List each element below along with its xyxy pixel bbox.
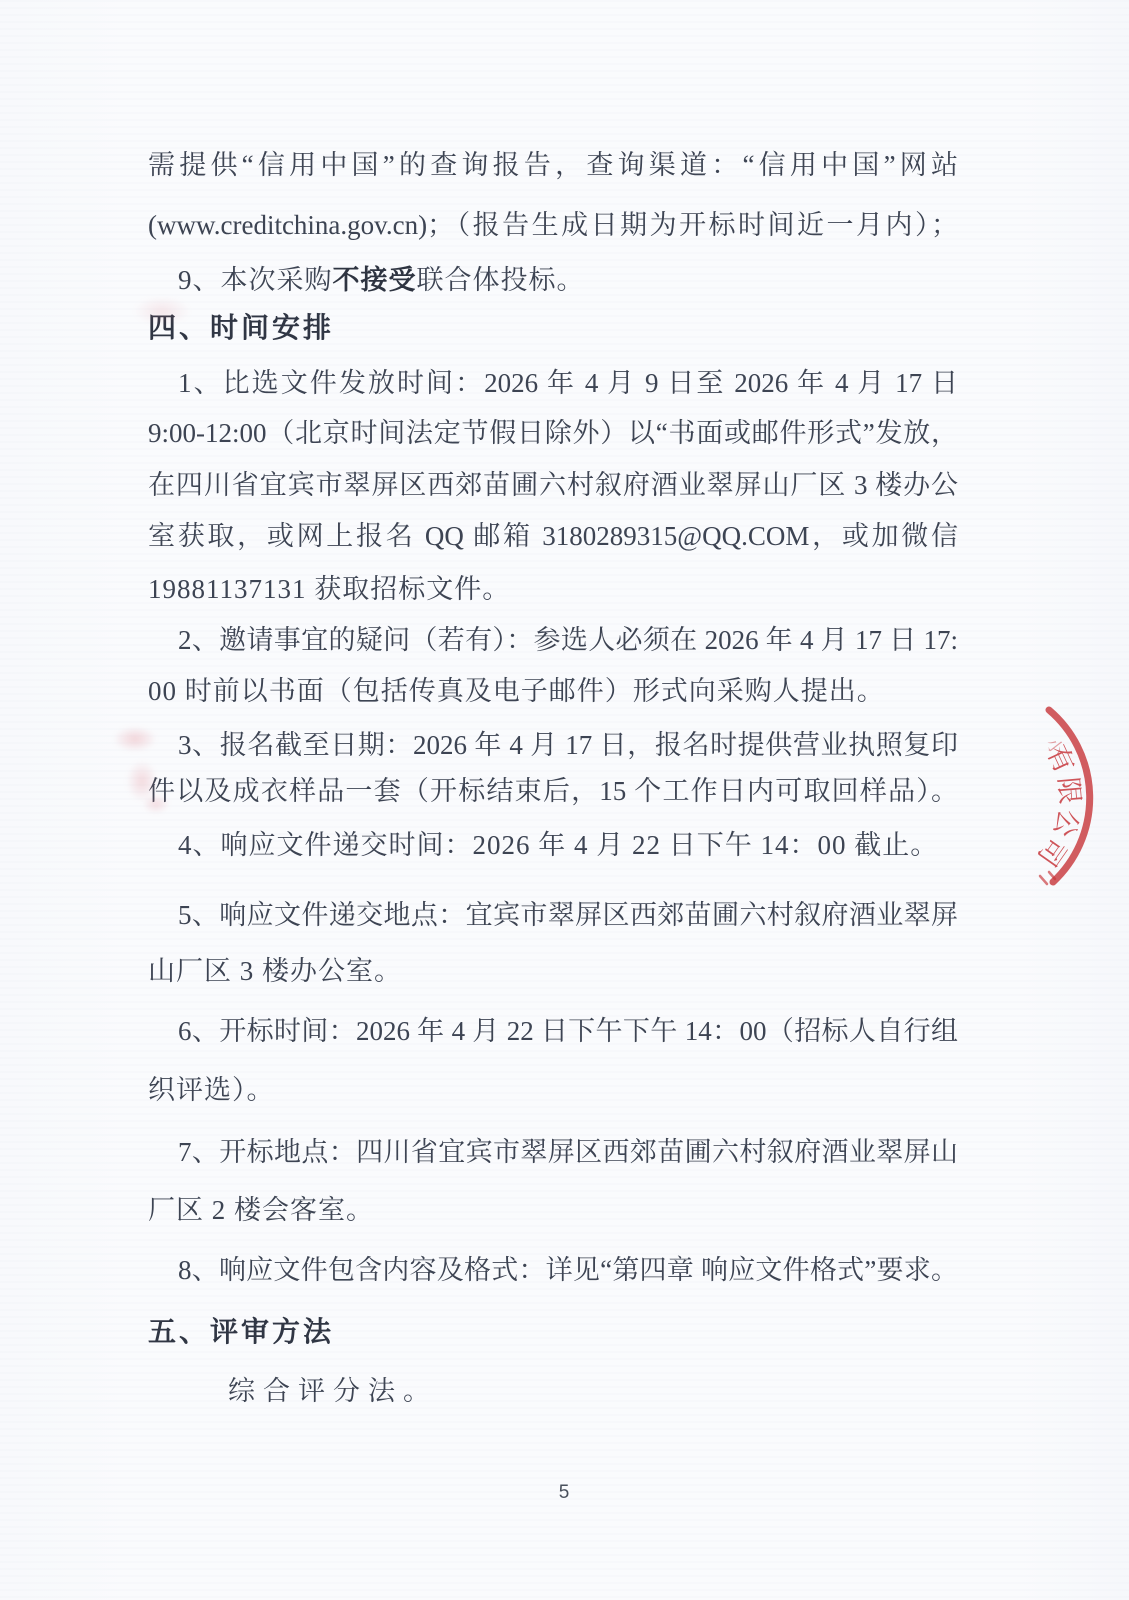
item7-line1: 7、开标地点：四川省宜宾市翠屏区西郊苗圃六村叙府酒业翠屏山 [148,1132,958,1172]
item4-line1: 4、响应文件递交时间：2026 年 4 月 22 日下午 14：00 截止。 [148,825,958,865]
item8-line1: 8、响应文件包含内容及格式：详见“第四章 响应文件格式”要求。 [148,1250,958,1290]
stamp-lead-mark: 小 [1042,734,1068,760]
item6-line2: 织评选）。 [148,1070,958,1110]
stamp-char: 有 [1041,740,1080,777]
item9-bold: 不接受 [333,265,417,295]
item3-line1: 3、报名截至日期：2026 年 4 月 17 日，报名时提供营业执照复印 [148,725,958,765]
item1-line2: 9:00-12:00（北京时间法定节假日除外）以“书面或邮件形式”发放， [148,413,958,453]
item9-post: 联合体投标。 [417,265,585,295]
page-number: 5 [0,1482,1129,1504]
item3-line2: 件以及成衣样品一套（开标结束后，15 个工作日内可取回样品）。 [148,771,958,811]
seal-arc [1049,710,1090,882]
stamp-char: 司 [1032,832,1072,871]
item1-line4: 室获取，或网上报名 QQ 邮箱 3180289315@QQ.COM，或加微信 [148,516,958,556]
company-seal-stamp: 小 有 限 公 司 [930,680,1129,925]
item9-pre: 9、本次采购 [178,265,333,295]
item1-line3: 在四川省宜宾市翠屏区西郊苗圃六村叙府酒业翠屏山厂区 3 楼办公 [148,465,958,505]
document-page: 需提供“信用中国”的查询报告，查询渠道：“信用中国”网站 (www.credit… [0,0,1129,1600]
item1-line1: 1、比选文件发放时间：2026 年 4 月 9 日至 2026 年 4 月 17… [148,363,958,403]
method-line: 综合评分法。 [148,1371,958,1411]
item2-line1: 2、邀请事宜的疑问（若有）：参选人必须在 2026 年 4 月 17 日 17: [148,620,958,660]
item6-line1: 6、开标时间：2026 年 4 月 22 日下午下午 14：00（招标人自行组 [148,1011,958,1051]
para-credit-line2: (www.creditchina.gov.cn)；（报告生成日期为开标时间近一月… [148,205,958,245]
seal-ink-tick [1040,872,1055,884]
stamp-char: 限 [1053,776,1085,806]
item7-line2: 厂区 2 楼会客室。 [148,1190,958,1230]
item9-line: 9、本次采购不接受联合体投标。 [148,260,958,300]
para-credit-line1: 需提供“信用中国”的查询报告，查询渠道：“信用中国”网站 [148,145,958,185]
stamp-char: 公 [1048,806,1084,840]
section-heading-5: 五、评审方法 [148,1313,958,1353]
item5-line2: 山厂区 3 楼办公室。 [148,951,958,991]
item1-line5: 19881137131 获取招标文件。 [148,569,958,609]
section-heading-4: 四、时间安排 [148,309,958,349]
item5-line1: 5、响应文件递交地点：宜宾市翠屏区西郊苗圃六村叙府酒业翠屏 [148,895,958,935]
item2-line2: 00 时前以书面（包括传真及电子邮件）形式向采购人提出。 [148,671,958,711]
